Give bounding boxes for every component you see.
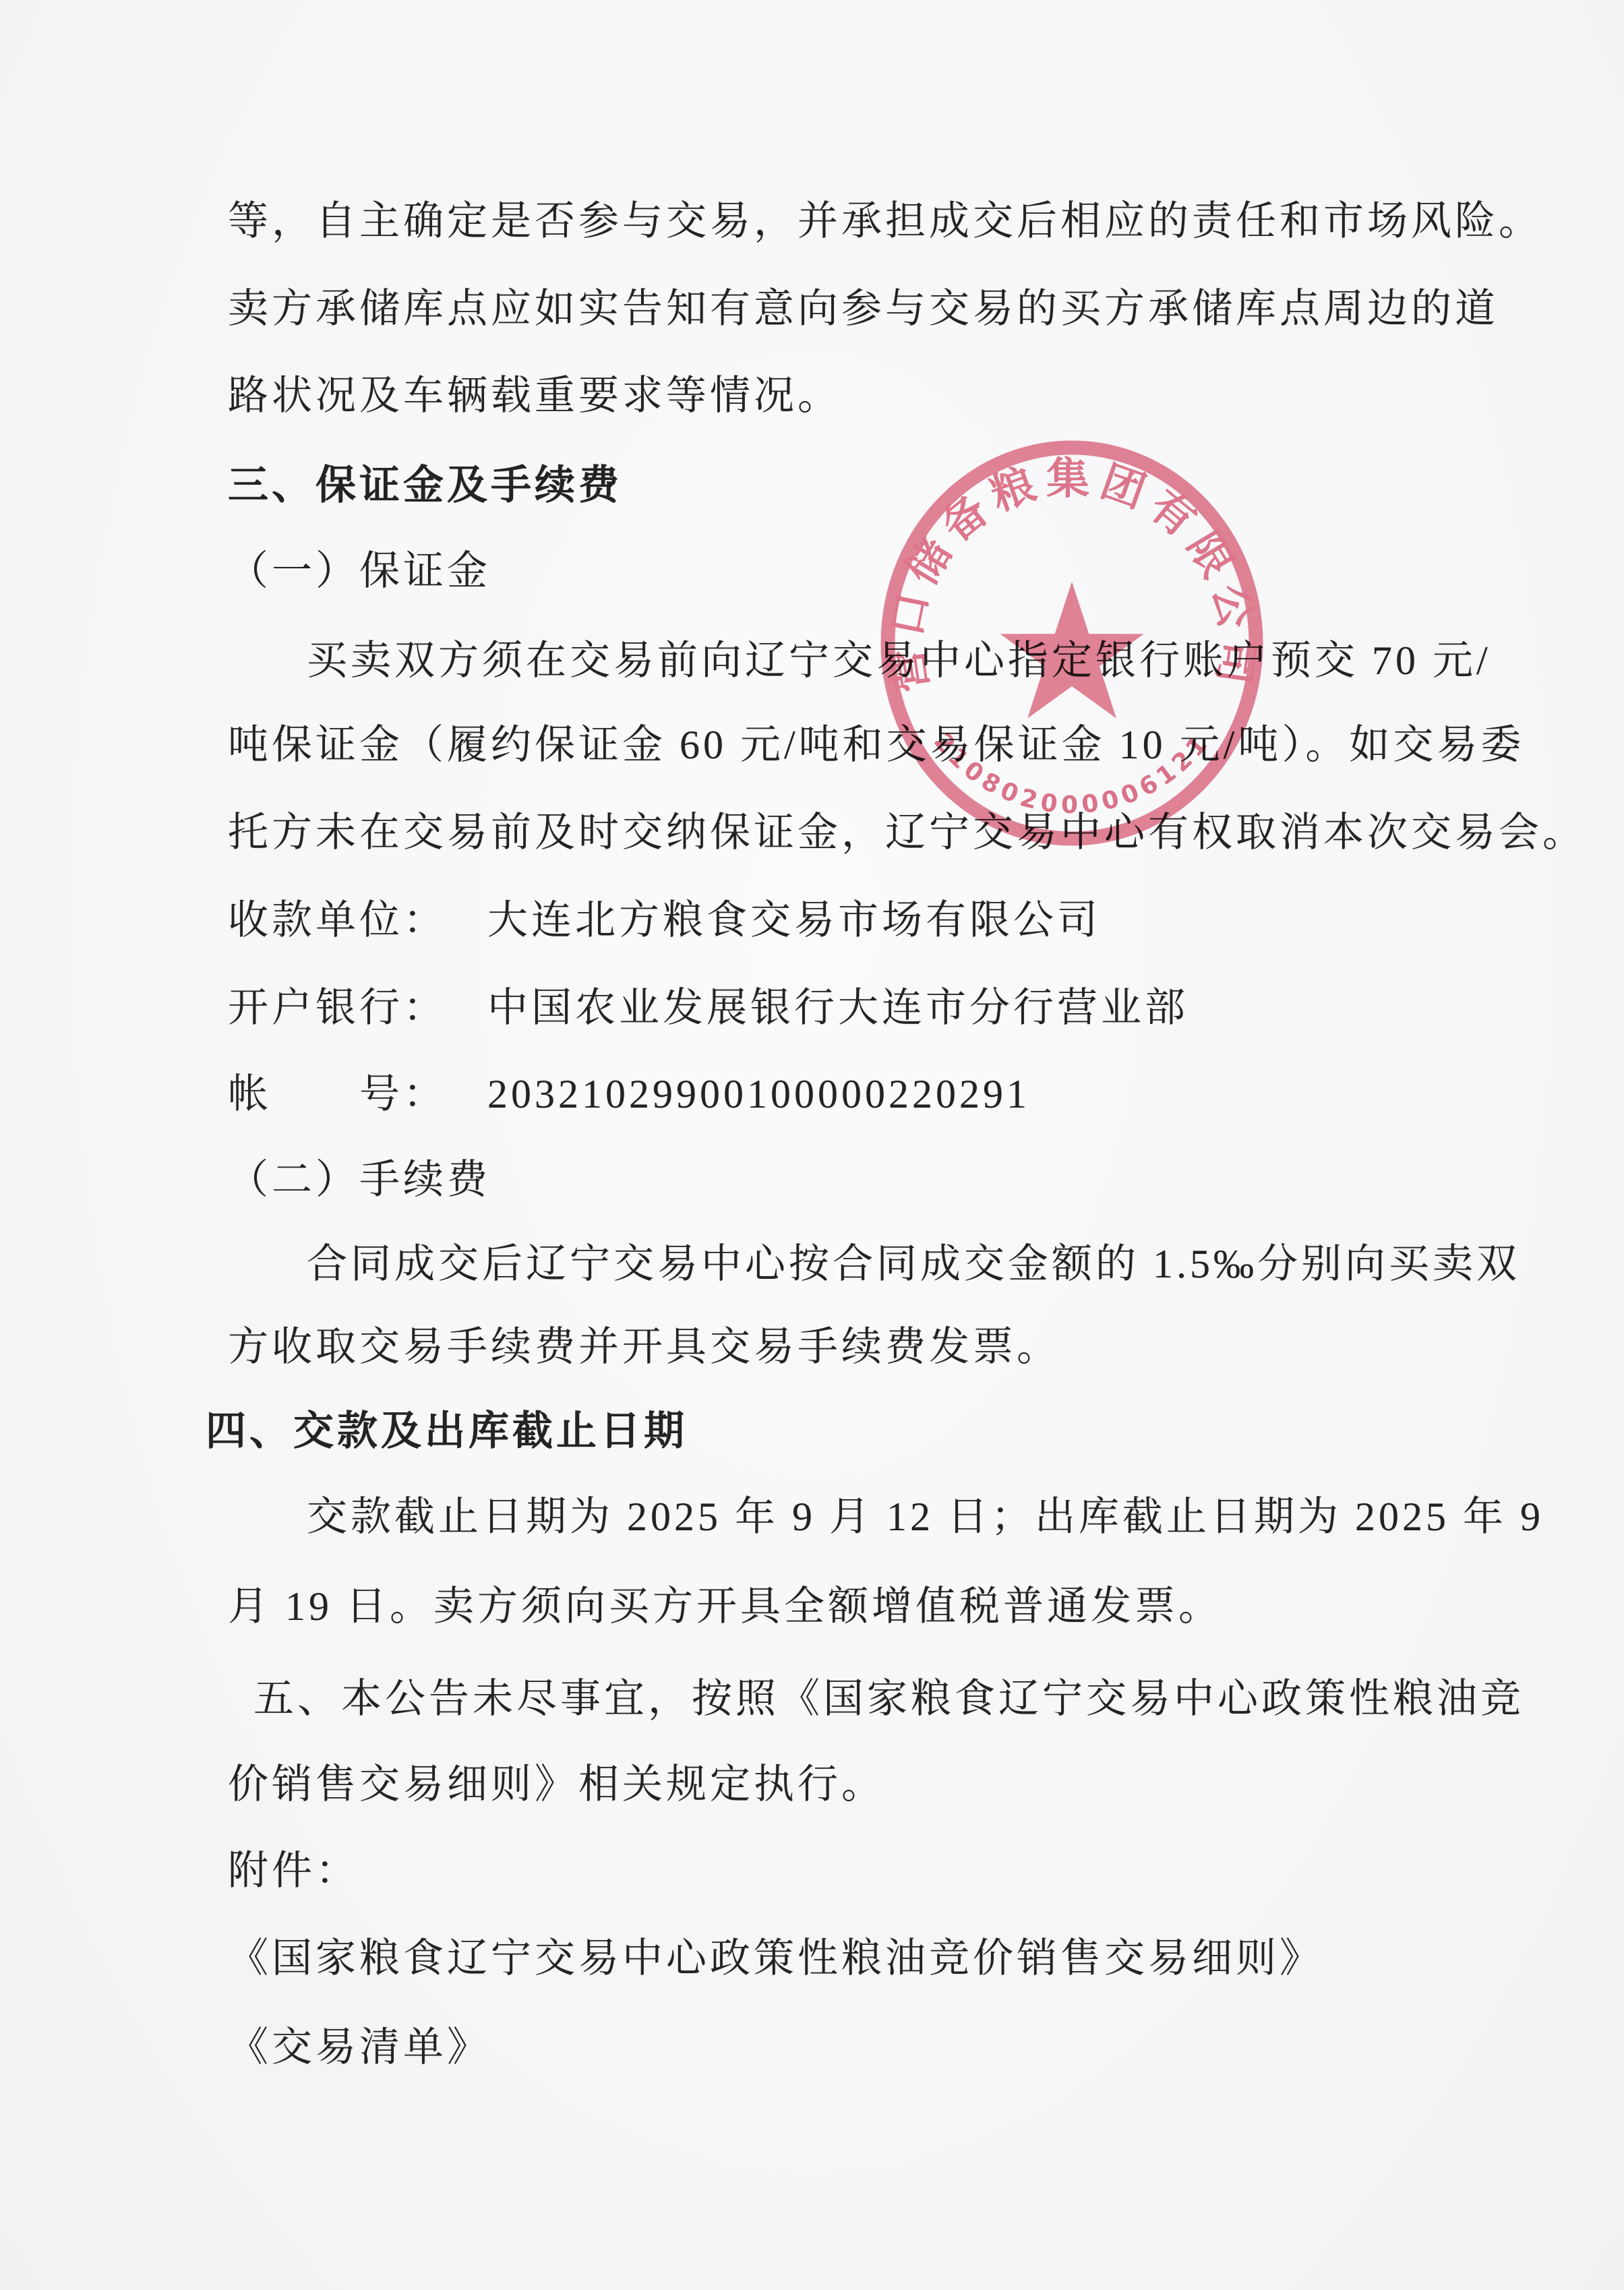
scanned-document-page: 等，自主确定是否参与交易，并承担成交后相应的责任和市场风险。 卖方承储库点应如实… bbox=[0, 0, 1624, 2290]
payment-recipient-line: 收款单位：大连北方粮食交易市场有限公司 bbox=[228, 897, 1101, 944]
document-text: 等，自主确定是否参与交易，并承担成交后相应的责任和市场风险。 卖方承储库点应如实… bbox=[228, 0, 1549, 2290]
payment-bank-line: 开户银行：中国农业发展银行大连市分行营业部 bbox=[228, 984, 1189, 1031]
section4-line-1: 交款截止日期为 2025 年 9 月 12 日；出库截止日期为 2025 年 9 bbox=[307, 1493, 1544, 1540]
payment-account-line: 帐 号：20321029900100000220291 bbox=[228, 1071, 1030, 1118]
payment-recipient-value: 大连北方粮食交易市场有限公司 bbox=[487, 898, 1101, 942]
payment-bank-label: 开户银行： bbox=[228, 986, 447, 1030]
payment-account-label: 帐 号： bbox=[228, 1072, 447, 1116]
payment-recipient-label: 收款单位： bbox=[228, 898, 447, 942]
section5-line-2: 价销售交易细则》相关规定执行。 bbox=[228, 1761, 885, 1808]
payment-bank-value: 中国农业发展银行大连市分行营业部 bbox=[487, 986, 1189, 1030]
intro-line-2: 卖方承储库点应如实告知有意向参与交易的买方承储库点周边的道 bbox=[228, 285, 1499, 332]
intro-line-1: 等，自主确定是否参与交易，并承担成交后相应的责任和市场风险。 bbox=[228, 198, 1542, 245]
section4-heading: 四、交款及出库截止日期 bbox=[206, 1408, 688, 1455]
section4-line-2: 月 19 日。卖方须向买方开具全额增值税普通发票。 bbox=[228, 1583, 1222, 1630]
payment-account-number: 20321029900100000220291 bbox=[487, 1072, 1030, 1116]
intro-line-3: 路状况及车辆载重要求等情况。 bbox=[228, 372, 841, 419]
section3-heading: 三、保证金及手续费 bbox=[228, 462, 622, 509]
deposit-line-2: 吨保证金（履约保证金 60 元/吨和交易保证金 10 元/吨）。如交易委 bbox=[228, 721, 1524, 769]
fee-line-1: 合同成交后辽宁交易中心按合同成交金额的 1.5‰分别向买卖双 bbox=[307, 1240, 1520, 1288]
deposit-line-1: 买卖双方须在交易前向辽宁交易中心指定银行账户预交 70 元/ bbox=[307, 637, 1491, 684]
attachments-label: 附件： bbox=[228, 1847, 359, 1894]
section3-sub1-heading: （一）保证金 bbox=[228, 547, 491, 595]
section5-line-1: 五、本公告未尽事宜，按照《国家粮食辽宁交易中心政策性粮油竞 bbox=[253, 1675, 1524, 1722]
deposit-line-3: 托方未在交易前及时交纳保证金，辽宁交易中心有权取消本次交易会。 bbox=[228, 809, 1586, 856]
attachment-item-2: 《交易清单》 bbox=[228, 2024, 491, 2071]
fee-line-2: 方收取交易手续费并开具交易手续费发票。 bbox=[228, 1323, 1060, 1370]
attachment-item-1: 《国家粮食辽宁交易中心政策性粮油竞价销售交易细则》 bbox=[228, 1935, 1323, 1982]
section3-sub2-heading: （二）手续费 bbox=[228, 1156, 491, 1203]
